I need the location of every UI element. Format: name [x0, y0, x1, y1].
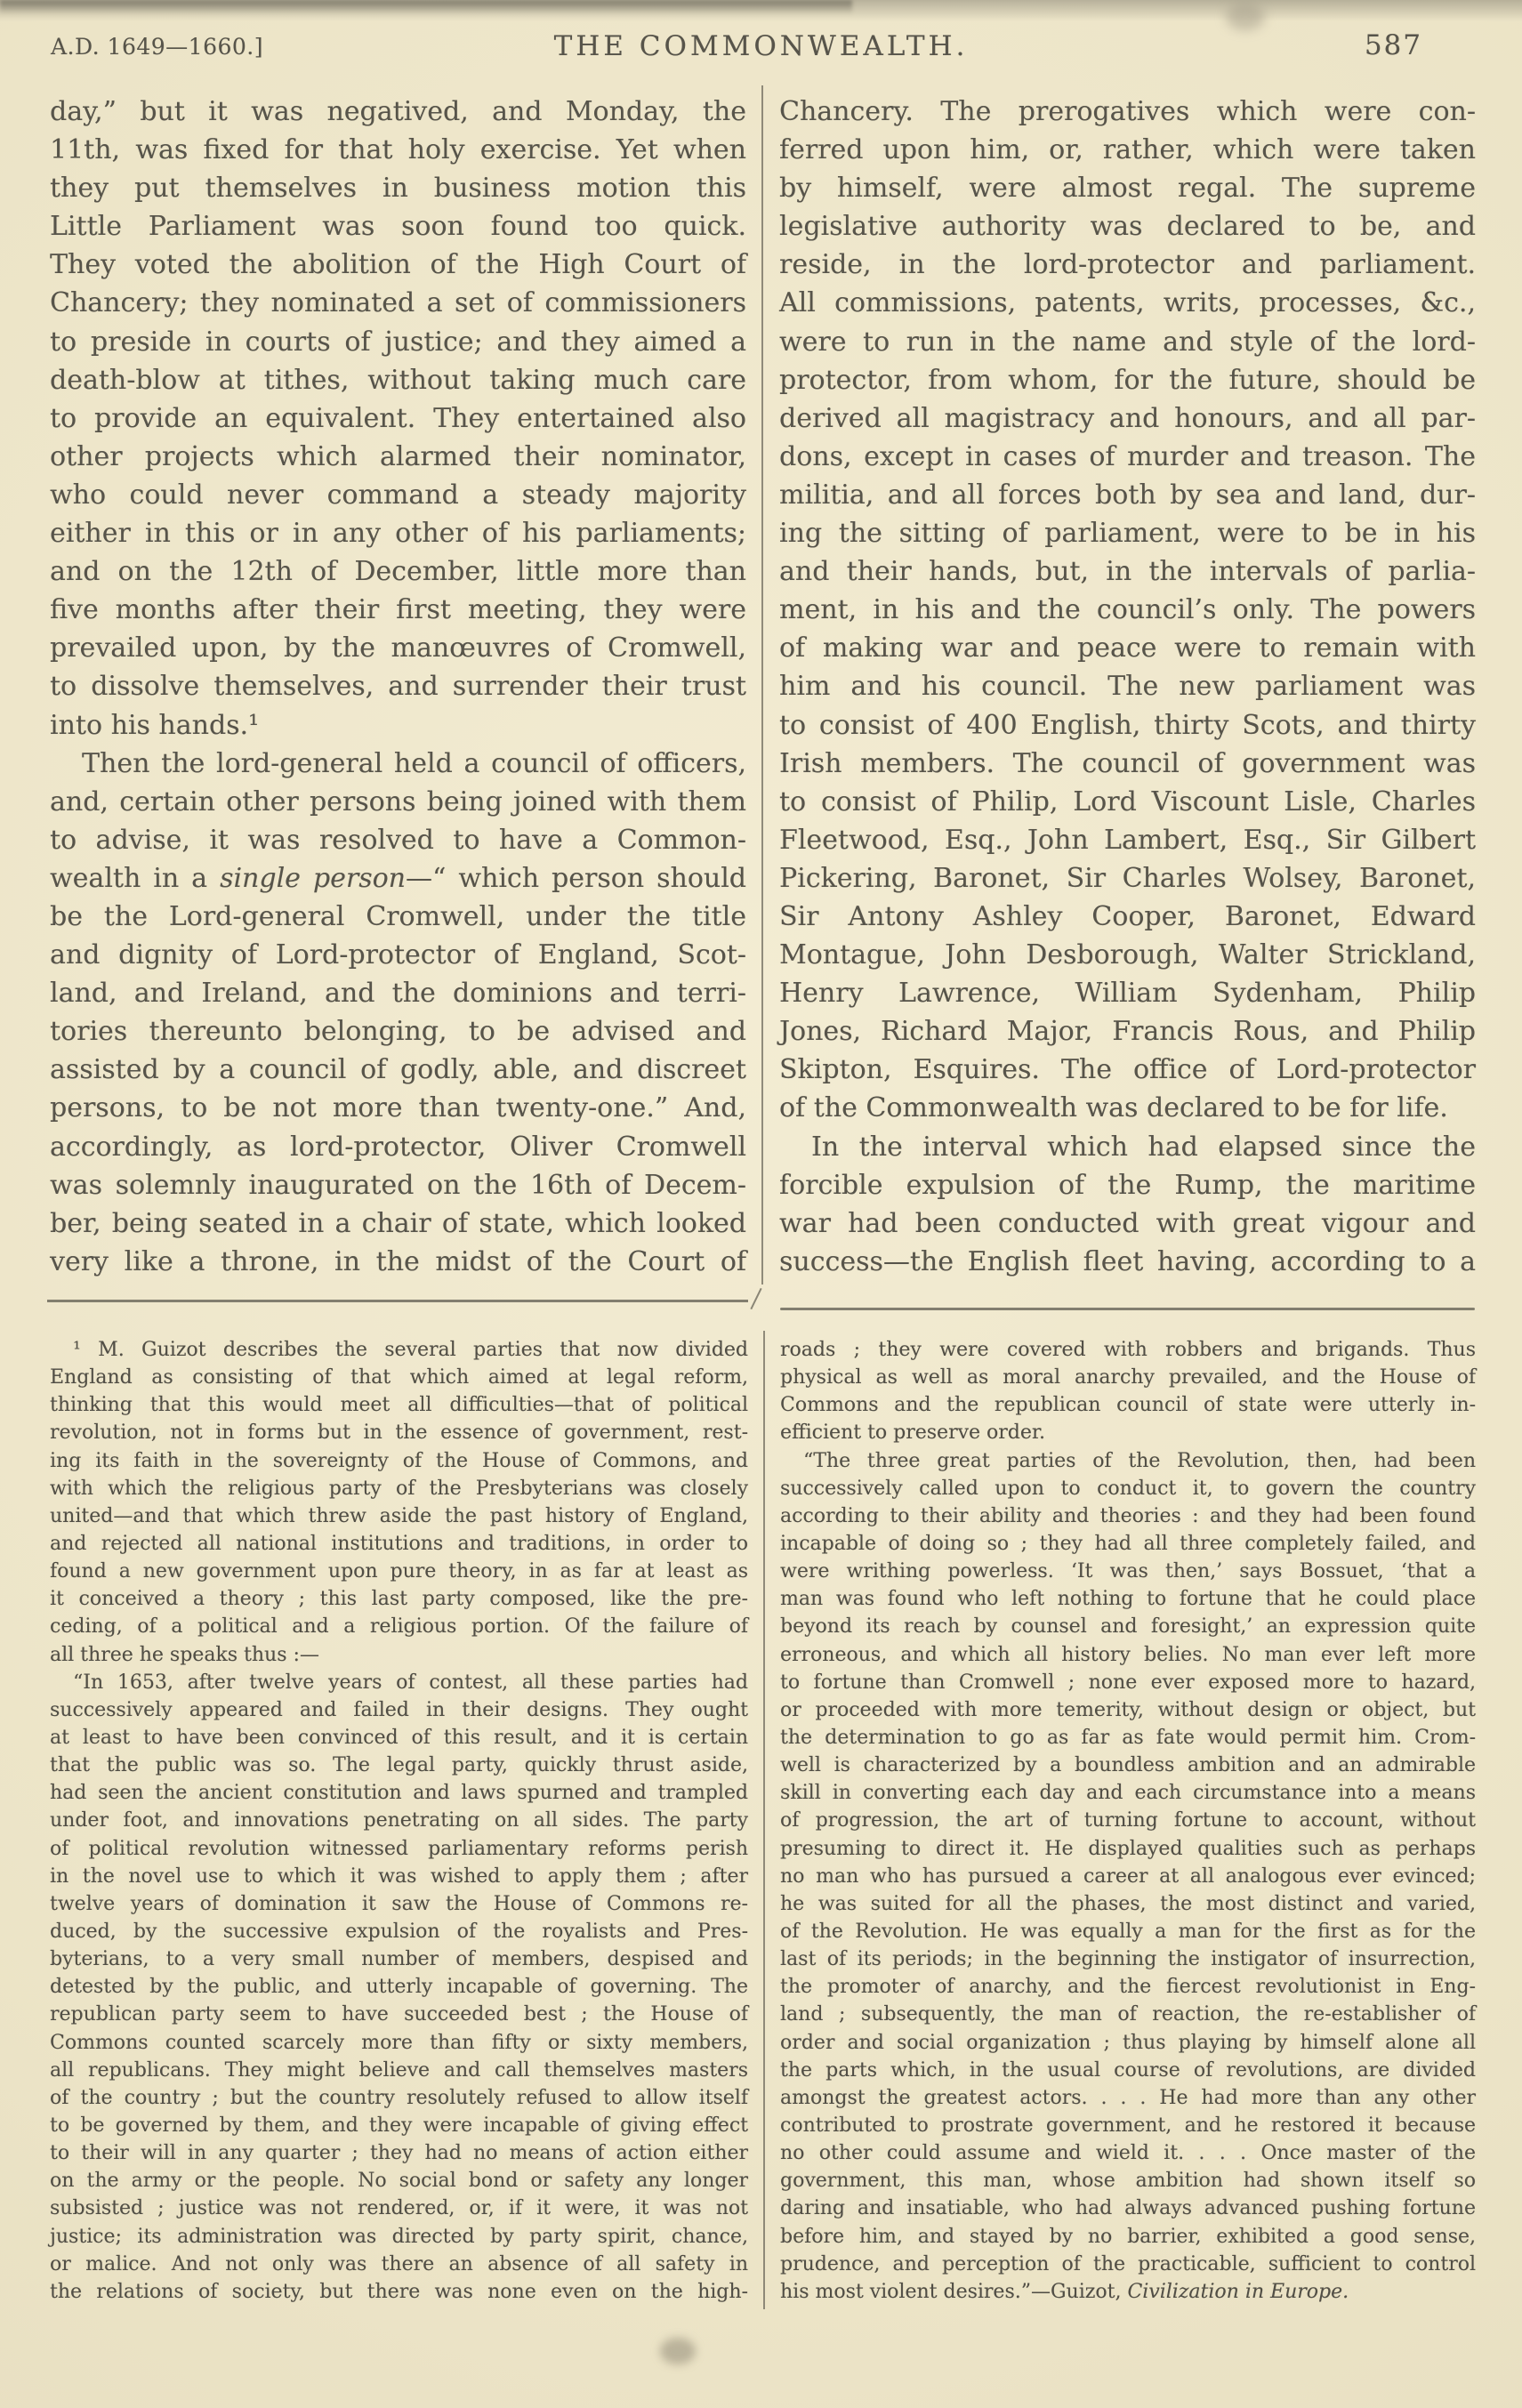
text-line: All commissions, patents, writs, process…: [779, 284, 1476, 322]
text-line: day,” but it was negatived, and Monday, …: [50, 93, 746, 131]
text-line: “In 1653, after twelve years of contest,…: [50, 1669, 748, 1696]
page-number: 587: [1365, 29, 1422, 61]
text-line: Henry Lawrence, William Sydenham, Philip: [779, 974, 1476, 1012]
text-line: roads ; they were covered with robbers a…: [780, 1336, 1476, 1364]
text-line: man was found who left nothing to fortun…: [780, 1585, 1476, 1613]
text-line: to advise, it was resolved to have a Com…: [50, 821, 746, 859]
text-line: had seen the ancient constitution and la…: [50, 1779, 748, 1807]
text-line: and, certain other persons being joined …: [50, 783, 746, 821]
text-line: ment, in his and the council’s only. The…: [779, 591, 1476, 629]
text-line: of the country ; but the country resolut…: [50, 2084, 748, 2112]
text-line: Pickering, Baronet, Sir Charles Wolsey, …: [779, 859, 1476, 898]
text-line: incapable of doing so ; they had all thr…: [780, 1530, 1476, 1558]
text-line: dons, except in cases of murder and trea…: [779, 438, 1476, 476]
text-line: land, and Ireland, and the dominions and…: [50, 974, 746, 1012]
text-line: revolution, not in forms but in the esse…: [50, 1419, 748, 1446]
text-line: prevailed upon, by the manœuvres of Crom…: [50, 629, 746, 667]
text-line: death-blow at tithes, without taking muc…: [50, 361, 746, 399]
text-line: to dissolve themselves, and surrender th…: [50, 667, 746, 705]
text-line: well is characterized by a boundless amb…: [780, 1752, 1476, 1779]
text-line: Chancery. The prerogatives which were co…: [779, 93, 1476, 131]
text-line: skill in converting each day and each ci…: [780, 1779, 1476, 1807]
text-line: and rejected all national institutions a…: [50, 1530, 748, 1558]
text-line: or proceeded with more temerity, without…: [780, 1696, 1476, 1724]
text-line: reside, in the lord-protector and parlia…: [779, 246, 1476, 284]
text-line: Irish members. The council of government…: [779, 745, 1476, 783]
text-line: “The three great parties of the Revoluti…: [780, 1447, 1476, 1475]
text-line: assisted by a council of godly, able, an…: [50, 1051, 746, 1089]
column-divider-footnote: [763, 1331, 765, 2309]
text-line: the determination to go as far as fate w…: [780, 1724, 1476, 1752]
text-line: his most violent desires.”—Guizot, Civil…: [780, 2278, 1476, 2306]
column-divider-main: [761, 85, 763, 1285]
text-line: physical as well as moral anarchy prevai…: [780, 1364, 1476, 1391]
text-line: ing the sitting of parliament, were to b…: [779, 514, 1476, 552]
text-line: at least to have been convinced of this …: [50, 1724, 748, 1752]
text-line: into his hands.¹: [50, 706, 746, 745]
text-line: and on the 12th of December, little more…: [50, 552, 746, 591]
text-line: with which the religious party of the Pr…: [50, 1475, 748, 1502]
text-line: persons, to be not more than twenty-one.…: [50, 1089, 746, 1127]
text-line: presuming to direct it. He displayed qua…: [780, 1835, 1476, 1863]
footnote-separator-squiggle: [750, 1288, 761, 1309]
text-line: 11th, was fixed for that holy exercise. …: [50, 131, 746, 169]
text-line: of political revolution witnessed parlia…: [50, 1835, 748, 1863]
text-line: duced, by the successive expulsion of th…: [50, 1918, 748, 1945]
text-line: to provide an equivalent. They entertain…: [50, 399, 746, 438]
text-line: success—the English fleet having, accord…: [779, 1243, 1476, 1281]
scan-edge-shadow-left: [0, 0, 852, 14]
text-line: forcible expulsion of the Rump, the mari…: [779, 1166, 1476, 1204]
text-line: of progression, the art of turning fortu…: [780, 1807, 1476, 1834]
text-line: of the Commonwealth was declared to be f…: [779, 1089, 1476, 1127]
text-line: wealth in a single person—“ which person…: [50, 859, 746, 898]
text-line: contributed to prostrate government, and…: [780, 2112, 1476, 2139]
text-line: very like a throne, in the midst of the …: [50, 1243, 746, 1281]
scan-smudge-bottom: [660, 2338, 696, 2364]
text-line: Commons and the republican council of st…: [780, 1391, 1476, 1419]
text-line: the relations of society, but there was …: [50, 2278, 748, 2306]
text-line: Fleetwood, Esq., John Lambert, Esq., Sir…: [779, 821, 1476, 859]
text-line: beyond its reach by counsel and foresigh…: [780, 1613, 1476, 1640]
text-line: and their hands, but, in the intervals o…: [779, 552, 1476, 591]
text-line: successively called upon to conduct it, …: [780, 1475, 1476, 1502]
text-line: Little Parliament was soon found too qui…: [50, 207, 746, 246]
text-line: all three he speaks thus :—: [50, 1641, 748, 1669]
text-line: he was suited for all the phases, the mo…: [780, 1890, 1476, 1918]
text-line: ¹ M. Guizot describes the several partie…: [50, 1336, 748, 1364]
text-line: or malice. And not only was there an abs…: [50, 2251, 748, 2278]
text-line: him and his council. The new parliament …: [779, 667, 1476, 705]
text-line: of the Revolution. He was equally a man …: [780, 1918, 1476, 1945]
text-line: detested by the public, and utterly inca…: [50, 1973, 748, 2001]
text-line: war had been conducted with great vigour…: [779, 1204, 1476, 1243]
text-line: united—and that which threw aside the pa…: [50, 1502, 748, 1530]
page-title: THE COMMONWEALTH.: [0, 30, 1522, 62]
main-text-column-right: Chancery. The prerogatives which were co…: [779, 93, 1476, 1281]
text-line: to be governed by them, and they were in…: [50, 2112, 748, 2139]
text-line: was solemnly inaugurated on the 16th of …: [50, 1166, 746, 1204]
text-line: and dignity of Lord-protector of England…: [50, 936, 746, 974]
text-line: subsisted ; justice was not rendered, or…: [50, 2195, 748, 2222]
text-line: last of its periods; in the beginning th…: [780, 1945, 1476, 1973]
text-line: all republicans. They might believe and …: [50, 2057, 748, 2084]
text-line: efficient to preserve order.: [780, 1419, 1476, 1446]
text-line: Skipton, Esquires. The office of Lord-pr…: [779, 1051, 1476, 1089]
text-line: Then the lord-general held a council of …: [50, 745, 746, 783]
text-line: by himself, were almost regal. The supre…: [779, 169, 1476, 207]
text-line: no man who has pursued a career at all a…: [780, 1863, 1476, 1890]
text-line: five months after their first meeting, t…: [50, 591, 746, 629]
text-line: land ; subsequently, the man of reaction…: [780, 2001, 1476, 2028]
text-line: to fortune than Cromwell ; none ever exp…: [780, 1669, 1476, 1696]
text-line: according to their ability and theories …: [780, 1502, 1476, 1530]
text-line: that the public was so. The legal party,…: [50, 1752, 748, 1779]
text-line: the parts which, in the usual course of …: [780, 2057, 1476, 2084]
text-line: were writhing powerless. ‘It was then,’ …: [780, 1558, 1476, 1585]
text-line: ceding, of a political and a religious p…: [50, 1613, 748, 1640]
footnote-separator-left: [47, 1300, 748, 1302]
text-line: republican party seem to have succeeded …: [50, 2001, 748, 2028]
text-line: before him, and stayed by no barrier, ex…: [780, 2223, 1476, 2251]
text-line: Jones, Richard Major, Francis Rous, and …: [779, 1012, 1476, 1051]
text-line: Montague, John Desborough, Walter Strick…: [779, 936, 1476, 974]
text-line: ing its faith in the sovereignty of the …: [50, 1447, 748, 1475]
text-line: amongst the greatest actors. . . . He ha…: [780, 2084, 1476, 2112]
text-line: prudence, and perception of the practica…: [780, 2251, 1476, 2278]
text-line: order and social organization ; thus pla…: [780, 2029, 1476, 2057]
text-line: who could never command a steady majorit…: [50, 476, 746, 514]
text-line: ferred upon him, or, rather, which were …: [779, 131, 1476, 169]
text-line: Commons counted scarcely more than fifty…: [50, 2029, 748, 2057]
text-line: be the Lord-general Cromwell, under the …: [50, 898, 746, 936]
text-line: daring and insatiable, who had always ad…: [780, 2195, 1476, 2222]
text-line: tories thereunto belonging, to be advise…: [50, 1012, 746, 1051]
text-line: no other could assume and wield it. . . …: [780, 2139, 1476, 2167]
text-line: accordingly, as lord-protector, Oliver C…: [50, 1128, 746, 1166]
scan-edge-shadow: [0, 0, 1522, 21]
text-line: were to run in the name and style of the…: [779, 323, 1476, 361]
text-line: the promoter of anarchy, and the fierces…: [780, 1973, 1476, 2001]
text-line: militia, and all forces both by sea and …: [779, 476, 1476, 514]
text-line: In the interval which had elapsed since …: [779, 1128, 1476, 1166]
text-line: justice; its administration was directed…: [50, 2223, 748, 2251]
text-line: thinking that this would meet all diffic…: [50, 1391, 748, 1419]
footnote-separator-right: [780, 1308, 1475, 1310]
text-line: protector, from whom, for the future, sh…: [779, 361, 1476, 399]
text-line: legislative authority was declared to be…: [779, 207, 1476, 246]
text-line: it conceived a theory ; this last party …: [50, 1585, 748, 1613]
text-line: Sir Antony Ashley Cooper, Baronet, Edwar…: [779, 898, 1476, 936]
text-line: found a new government upon pure theory,…: [50, 1558, 748, 1585]
text-line: government, this man, whose ambition had…: [780, 2167, 1476, 2195]
text-line: on the army or the people. No social bon…: [50, 2167, 748, 2195]
main-text-column-left: day,” but it was negatived, and Monday, …: [50, 93, 746, 1281]
footnote-column-right: roads ; they were covered with robbers a…: [780, 1336, 1476, 2306]
text-line: Chancery; they nominated a set of commis…: [50, 284, 746, 322]
text-line: to consist of Philip, Lord Viscount Lisl…: [779, 783, 1476, 821]
text-line: of making war and peace were to remain w…: [779, 629, 1476, 667]
text-line: England as consisting of that which aime…: [50, 1364, 748, 1391]
text-line: in the novel use to which it was wished …: [50, 1863, 748, 1890]
text-line: twelve years of domination it saw the Ho…: [50, 1890, 748, 1918]
text-line: successively appeared and failed in thei…: [50, 1696, 748, 1724]
text-line: either in this or in any other of his pa…: [50, 514, 746, 552]
text-line: ber, being seated in a chair of state, w…: [50, 1204, 746, 1243]
footnote-column-left: ¹ M. Guizot describes the several partie…: [50, 1336, 748, 2306]
text-line: to preside in courts of justice; and the…: [50, 323, 746, 361]
text-line: other projects which alarmed their nomin…: [50, 438, 746, 476]
scan-smudge-top-right: [1226, 4, 1265, 30]
text-line: byterians, to a very small number of mem…: [50, 1945, 748, 1973]
text-line: they put themselves in business motion t…: [50, 169, 746, 207]
text-line: to consist of 400 English, thirty Scots,…: [779, 706, 1476, 745]
text-line: They voted the abolition of the High Cou…: [50, 246, 746, 284]
text-line: to their will in any quarter ; they had …: [50, 2139, 748, 2167]
text-line: derived all magistracy and honours, and …: [779, 399, 1476, 438]
book-page-scan: A.D. 1649—1660.] THE COMMONWEALTH. 587 d…: [0, 0, 1522, 2408]
text-line: erroneous, and which all history belies.…: [780, 1641, 1476, 1669]
text-line: under foot, and innovations penetrating …: [50, 1807, 748, 1834]
